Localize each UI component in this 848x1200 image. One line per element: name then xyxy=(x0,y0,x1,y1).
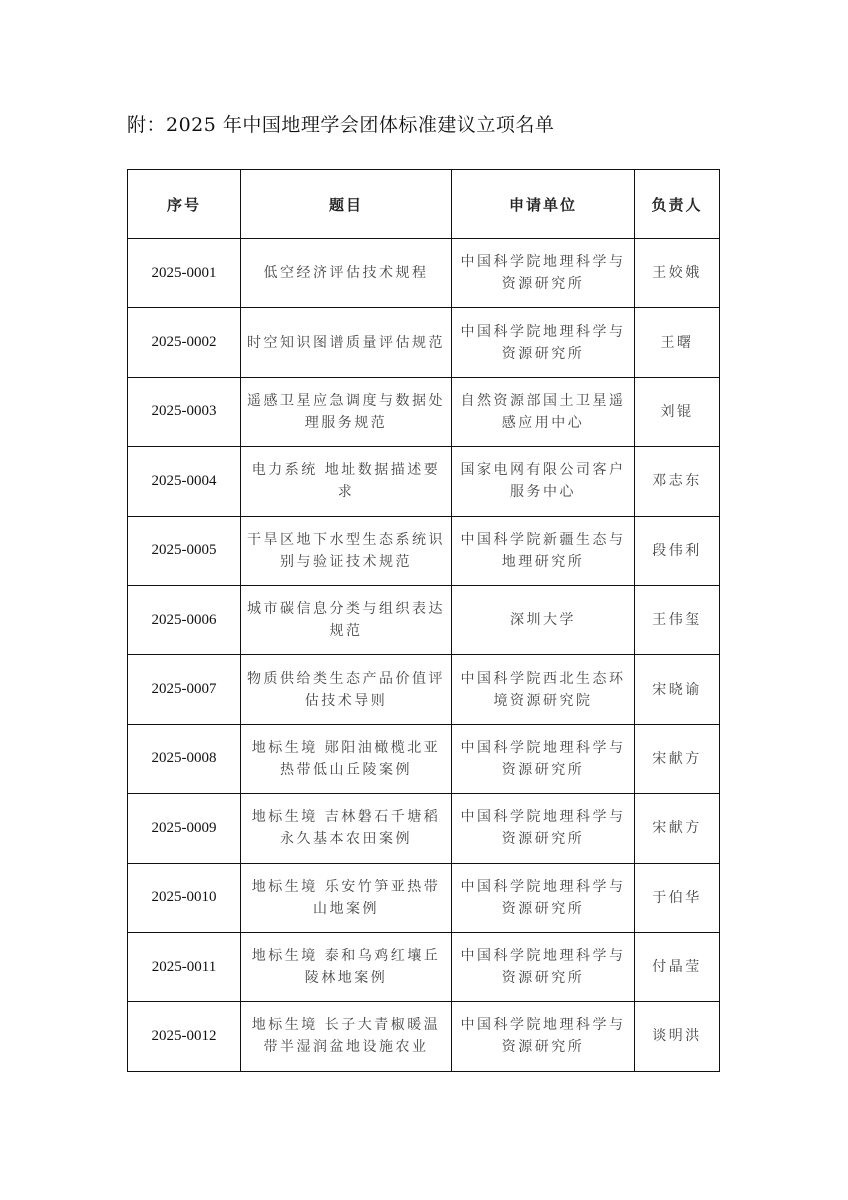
cell-id: 2025-0010 xyxy=(128,863,241,932)
cell-title: 干旱区地下水型生态系统识别与验证技术规范 xyxy=(241,516,452,585)
cell-org: 中国科学院地理科学与资源研究所 xyxy=(452,239,635,308)
cell-id: 2025-0009 xyxy=(128,794,241,863)
cell-lead: 段伟利 xyxy=(635,516,720,585)
cell-title: 城市碳信息分类与组织表达规范 xyxy=(241,585,452,654)
cell-title: 地标生境 吉林磐石千塘稻永久基本农田案例 xyxy=(241,794,452,863)
cell-org: 自然资源部国土卫星遥感应用中心 xyxy=(452,377,635,446)
cell-org: 中国科学院地理科学与资源研究所 xyxy=(452,863,635,932)
cell-org: 中国科学院地理科学与资源研究所 xyxy=(452,932,635,1001)
cell-title: 地标生境 乐安竹笋亚热带山地案例 xyxy=(241,863,452,932)
cell-id: 2025-0007 xyxy=(128,655,241,724)
cell-id: 2025-0002 xyxy=(128,308,241,377)
cell-org: 国家电网有限公司客户服务中心 xyxy=(452,447,635,516)
cell-lead: 宋献方 xyxy=(635,724,720,793)
cell-org: 深圳大学 xyxy=(452,585,635,654)
table-body: 2025-0001 低空经济评估技术规程 中国科学院地理科学与资源研究所 王姣娥… xyxy=(128,239,720,1072)
table-row: 2025-0009 地标生境 吉林磐石千塘稻永久基本农田案例 中国科学院地理科学… xyxy=(128,794,720,863)
cell-title: 地标生境 泰和乌鸡红壤丘陵林地案例 xyxy=(241,932,452,1001)
cell-id: 2025-0011 xyxy=(128,932,241,1001)
cell-org: 中国科学院西北生态环境资源研究院 xyxy=(452,655,635,724)
document-title: 附：2025 年中国地理学会团体标准建议立项名单 xyxy=(127,110,554,137)
cell-org: 中国科学院地理科学与资源研究所 xyxy=(452,308,635,377)
cell-id: 2025-0008 xyxy=(128,724,241,793)
cell-title: 遥感卫星应急调度与数据处理服务规范 xyxy=(241,377,452,446)
table-header-row: 序号 题目 申请单位 负责人 xyxy=(128,170,720,239)
header-lead: 负责人 xyxy=(635,170,720,239)
cell-lead: 王曙 xyxy=(635,308,720,377)
cell-title: 地标生境 长子大青椒暖温带半湿润盆地设施农业 xyxy=(241,1002,452,1071)
cell-org: 中国科学院地理科学与资源研究所 xyxy=(452,1002,635,1071)
cell-title: 时空知识图谱质量评估规范 xyxy=(241,308,452,377)
table-row: 2025-0004 电力系统 地址数据描述要求 国家电网有限公司客户服务中心 邓… xyxy=(128,447,720,516)
header-org: 申请单位 xyxy=(452,170,635,239)
cell-org: 中国科学院地理科学与资源研究所 xyxy=(452,724,635,793)
cell-id: 2025-0004 xyxy=(128,447,241,516)
table-row: 2025-0003 遥感卫星应急调度与数据处理服务规范 自然资源部国土卫星遥感应… xyxy=(128,377,720,446)
table-row: 2025-0010 地标生境 乐安竹笋亚热带山地案例 中国科学院地理科学与资源研… xyxy=(128,863,720,932)
cell-lead: 于伯华 xyxy=(635,863,720,932)
cell-title: 低空经济评估技术规程 xyxy=(241,239,452,308)
table-row: 2025-0001 低空经济评估技术规程 中国科学院地理科学与资源研究所 王姣娥 xyxy=(128,239,720,308)
standards-table: 序号 题目 申请单位 负责人 2025-0001 低空经济评估技术规程 中国科学… xyxy=(127,169,720,1072)
cell-lead: 付晶莹 xyxy=(635,932,720,1001)
header-title: 题目 xyxy=(241,170,452,239)
cell-org: 中国科学院新疆生态与地理研究所 xyxy=(452,516,635,585)
cell-org: 中国科学院地理科学与资源研究所 xyxy=(452,794,635,863)
cell-lead: 宋晓谕 xyxy=(635,655,720,724)
cell-title: 地标生境 郧阳油橄榄北亚热带低山丘陵案例 xyxy=(241,724,452,793)
cell-lead: 谈明洪 xyxy=(635,1002,720,1071)
cell-title: 电力系统 地址数据描述要求 xyxy=(241,447,452,516)
cell-id: 2025-0001 xyxy=(128,239,241,308)
cell-id: 2025-0003 xyxy=(128,377,241,446)
cell-id: 2025-0005 xyxy=(128,516,241,585)
cell-lead: 王伟玺 xyxy=(635,585,720,654)
cell-id: 2025-0006 xyxy=(128,585,241,654)
table-row: 2025-0002 时空知识图谱质量评估规范 中国科学院地理科学与资源研究所 王… xyxy=(128,308,720,377)
cell-lead: 王姣娥 xyxy=(635,239,720,308)
table-row: 2025-0011 地标生境 泰和乌鸡红壤丘陵林地案例 中国科学院地理科学与资源… xyxy=(128,932,720,1001)
cell-lead: 宋献方 xyxy=(635,794,720,863)
table-row: 2025-0012 地标生境 长子大青椒暖温带半湿润盆地设施农业 中国科学院地理… xyxy=(128,1002,720,1071)
cell-id: 2025-0012 xyxy=(128,1002,241,1071)
cell-lead: 刘锟 xyxy=(635,377,720,446)
table-row: 2025-0007 物质供给类生态产品价值评估技术导则 中国科学院西北生态环境资… xyxy=(128,655,720,724)
cell-lead: 邓志东 xyxy=(635,447,720,516)
table-row: 2025-0006 城市碳信息分类与组织表达规范 深圳大学 王伟玺 xyxy=(128,585,720,654)
table-row: 2025-0008 地标生境 郧阳油橄榄北亚热带低山丘陵案例 中国科学院地理科学… xyxy=(128,724,720,793)
header-id: 序号 xyxy=(128,170,241,239)
table-row: 2025-0005 干旱区地下水型生态系统识别与验证技术规范 中国科学院新疆生态… xyxy=(128,516,720,585)
cell-title: 物质供给类生态产品价值评估技术导则 xyxy=(241,655,452,724)
